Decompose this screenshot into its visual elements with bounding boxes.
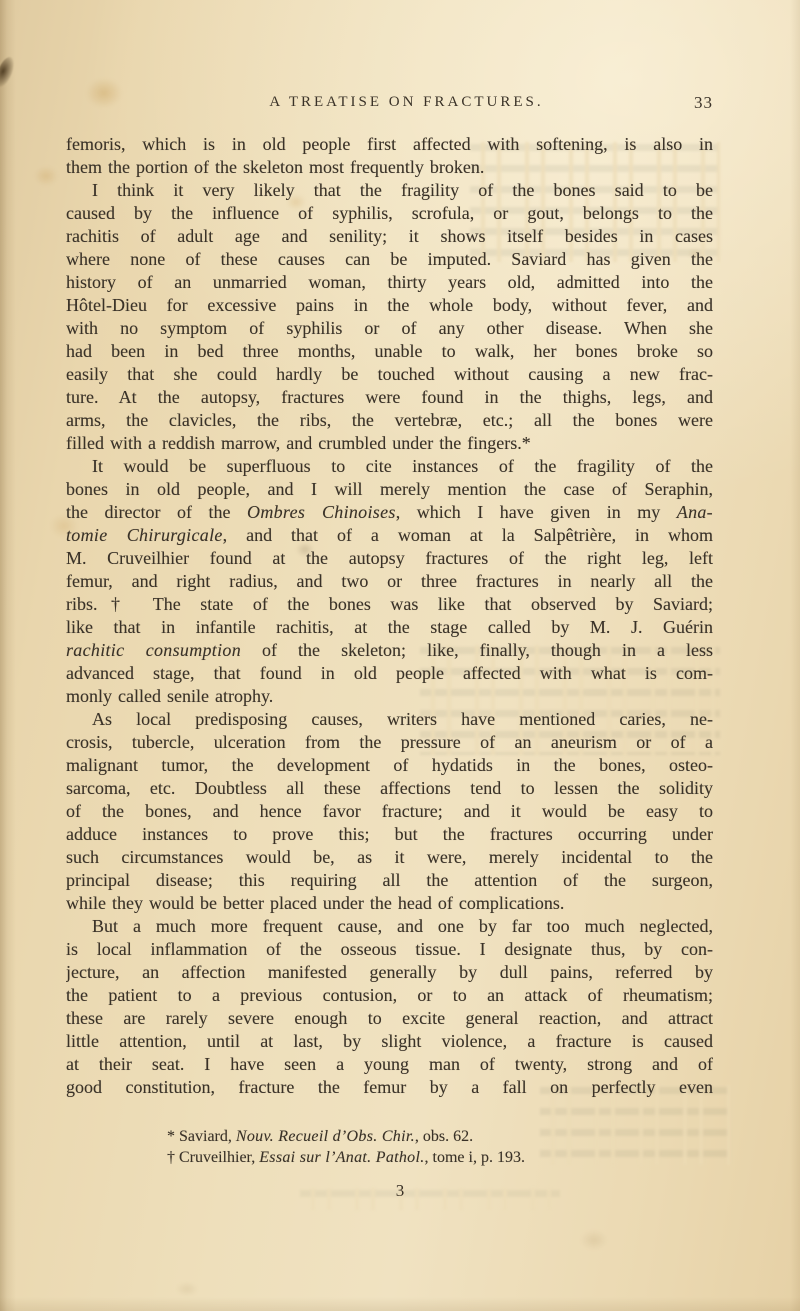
body-line: them the portion of the skeleton most fr… <box>66 156 713 179</box>
body-line: while they would be better placed under … <box>66 892 713 915</box>
body-line: filled with a reddish marrow, and crumbl… <box>66 432 713 455</box>
body-line: tomie Chirurgicale, and that of a woman … <box>66 524 713 547</box>
paper-stain <box>580 1230 608 1250</box>
body-line: But a much more frequent cause, and one … <box>66 915 713 938</box>
footnote-line: * Saviard, Nouv. Recueil d’Obs. Chir., o… <box>167 1126 713 1147</box>
body-line: crosis, tubercle, ulceration from the pr… <box>66 731 713 754</box>
page-body: femoris, which is in old people first af… <box>66 133 713 1099</box>
page-bleedthrough <box>300 1188 560 1210</box>
body-line: jecture, an affection manifested general… <box>66 961 713 984</box>
body-line: with no symptom of syphilis or of any ot… <box>66 317 713 340</box>
body-line: where none of these causes can be impute… <box>66 248 713 271</box>
body-line: arms, the clavicles, the ribs, the verte… <box>66 409 713 432</box>
body-line: femur, and right radius, and two or thre… <box>66 570 713 593</box>
body-line: rachitic consumption of the skeleton; li… <box>66 639 713 662</box>
body-line: malignant tumor, the development of hyda… <box>66 754 713 777</box>
body-line: monly called senile atrophy. <box>66 685 713 708</box>
body-line: little attention, until at last, by slig… <box>66 1030 713 1053</box>
body-line: ture. At the autopsy, fractures were fou… <box>66 386 713 409</box>
body-line: femoris, which is in old people first af… <box>66 133 713 156</box>
body-line: these are rarely severe enough to excite… <box>66 1007 713 1030</box>
body-line: adduce instances to prove this; but the … <box>66 823 713 846</box>
page-edge-shadow <box>0 0 16 1311</box>
body-line: good constitution, fracture the femur by… <box>66 1076 713 1099</box>
body-line: the patient to a previous contusion, or … <box>66 984 713 1007</box>
body-line: easily that she could hardly be touched … <box>66 363 713 386</box>
body-line: ribs.† The state of the bones was like t… <box>66 593 713 616</box>
body-line: at their seat. I have seen a young man o… <box>66 1053 713 1076</box>
paper-stain <box>176 1282 198 1296</box>
body-line: I think it very likely that the fragilit… <box>66 179 713 202</box>
body-line: such circumstances would be, as it were,… <box>66 846 713 869</box>
body-line: history of an unmarried woman, thirty ye… <box>66 271 713 294</box>
book-page: A TREATISE ON FRACTURES. 33 femoris, whi… <box>0 0 800 1311</box>
footnotes: * Saviard, Nouv. Recueil d’Obs. Chir., o… <box>66 1126 713 1168</box>
body-line: bones in old people, and I will merely m… <box>66 478 713 501</box>
body-line: advanced stage, that found in old people… <box>66 662 713 685</box>
body-line: like that in infantile rachitis, at the … <box>66 616 713 639</box>
body-line: had been in bed three months, unable to … <box>66 340 713 363</box>
body-line: M. Cruveilhier found at the autopsy frac… <box>66 547 713 570</box>
body-line: It would be superfluous to cite instance… <box>66 455 713 478</box>
signature-mark: 3 <box>385 1181 415 1201</box>
body-line: is local inflammation of the osseous tis… <box>66 938 713 961</box>
paper-stain <box>34 166 58 186</box>
body-line: Hôtel-Dieu for excessive pains in the wh… <box>66 294 713 317</box>
body-line: caused by the influence of syphilis, scr… <box>66 202 713 225</box>
body-line: sarcoma, etc. Doubtless all these affect… <box>66 777 713 800</box>
page-edge-shadow <box>0 1297 800 1311</box>
body-line: rachitis of adult age and senility; it s… <box>66 225 713 248</box>
body-line: the director of the Ombres Chinoises, wh… <box>66 501 713 524</box>
page-edge-shadow <box>790 0 800 1311</box>
body-line: As local predisposing causes, writers ha… <box>66 708 713 731</box>
page-number: 33 <box>66 93 713 113</box>
footnote-line: † Cruveilhier, Essai sur l’Anat. Pathol.… <box>167 1147 713 1168</box>
body-line: principal disease; this requiring all th… <box>66 869 713 892</box>
body-line: of the bones, and hence favor fracture; … <box>66 800 713 823</box>
